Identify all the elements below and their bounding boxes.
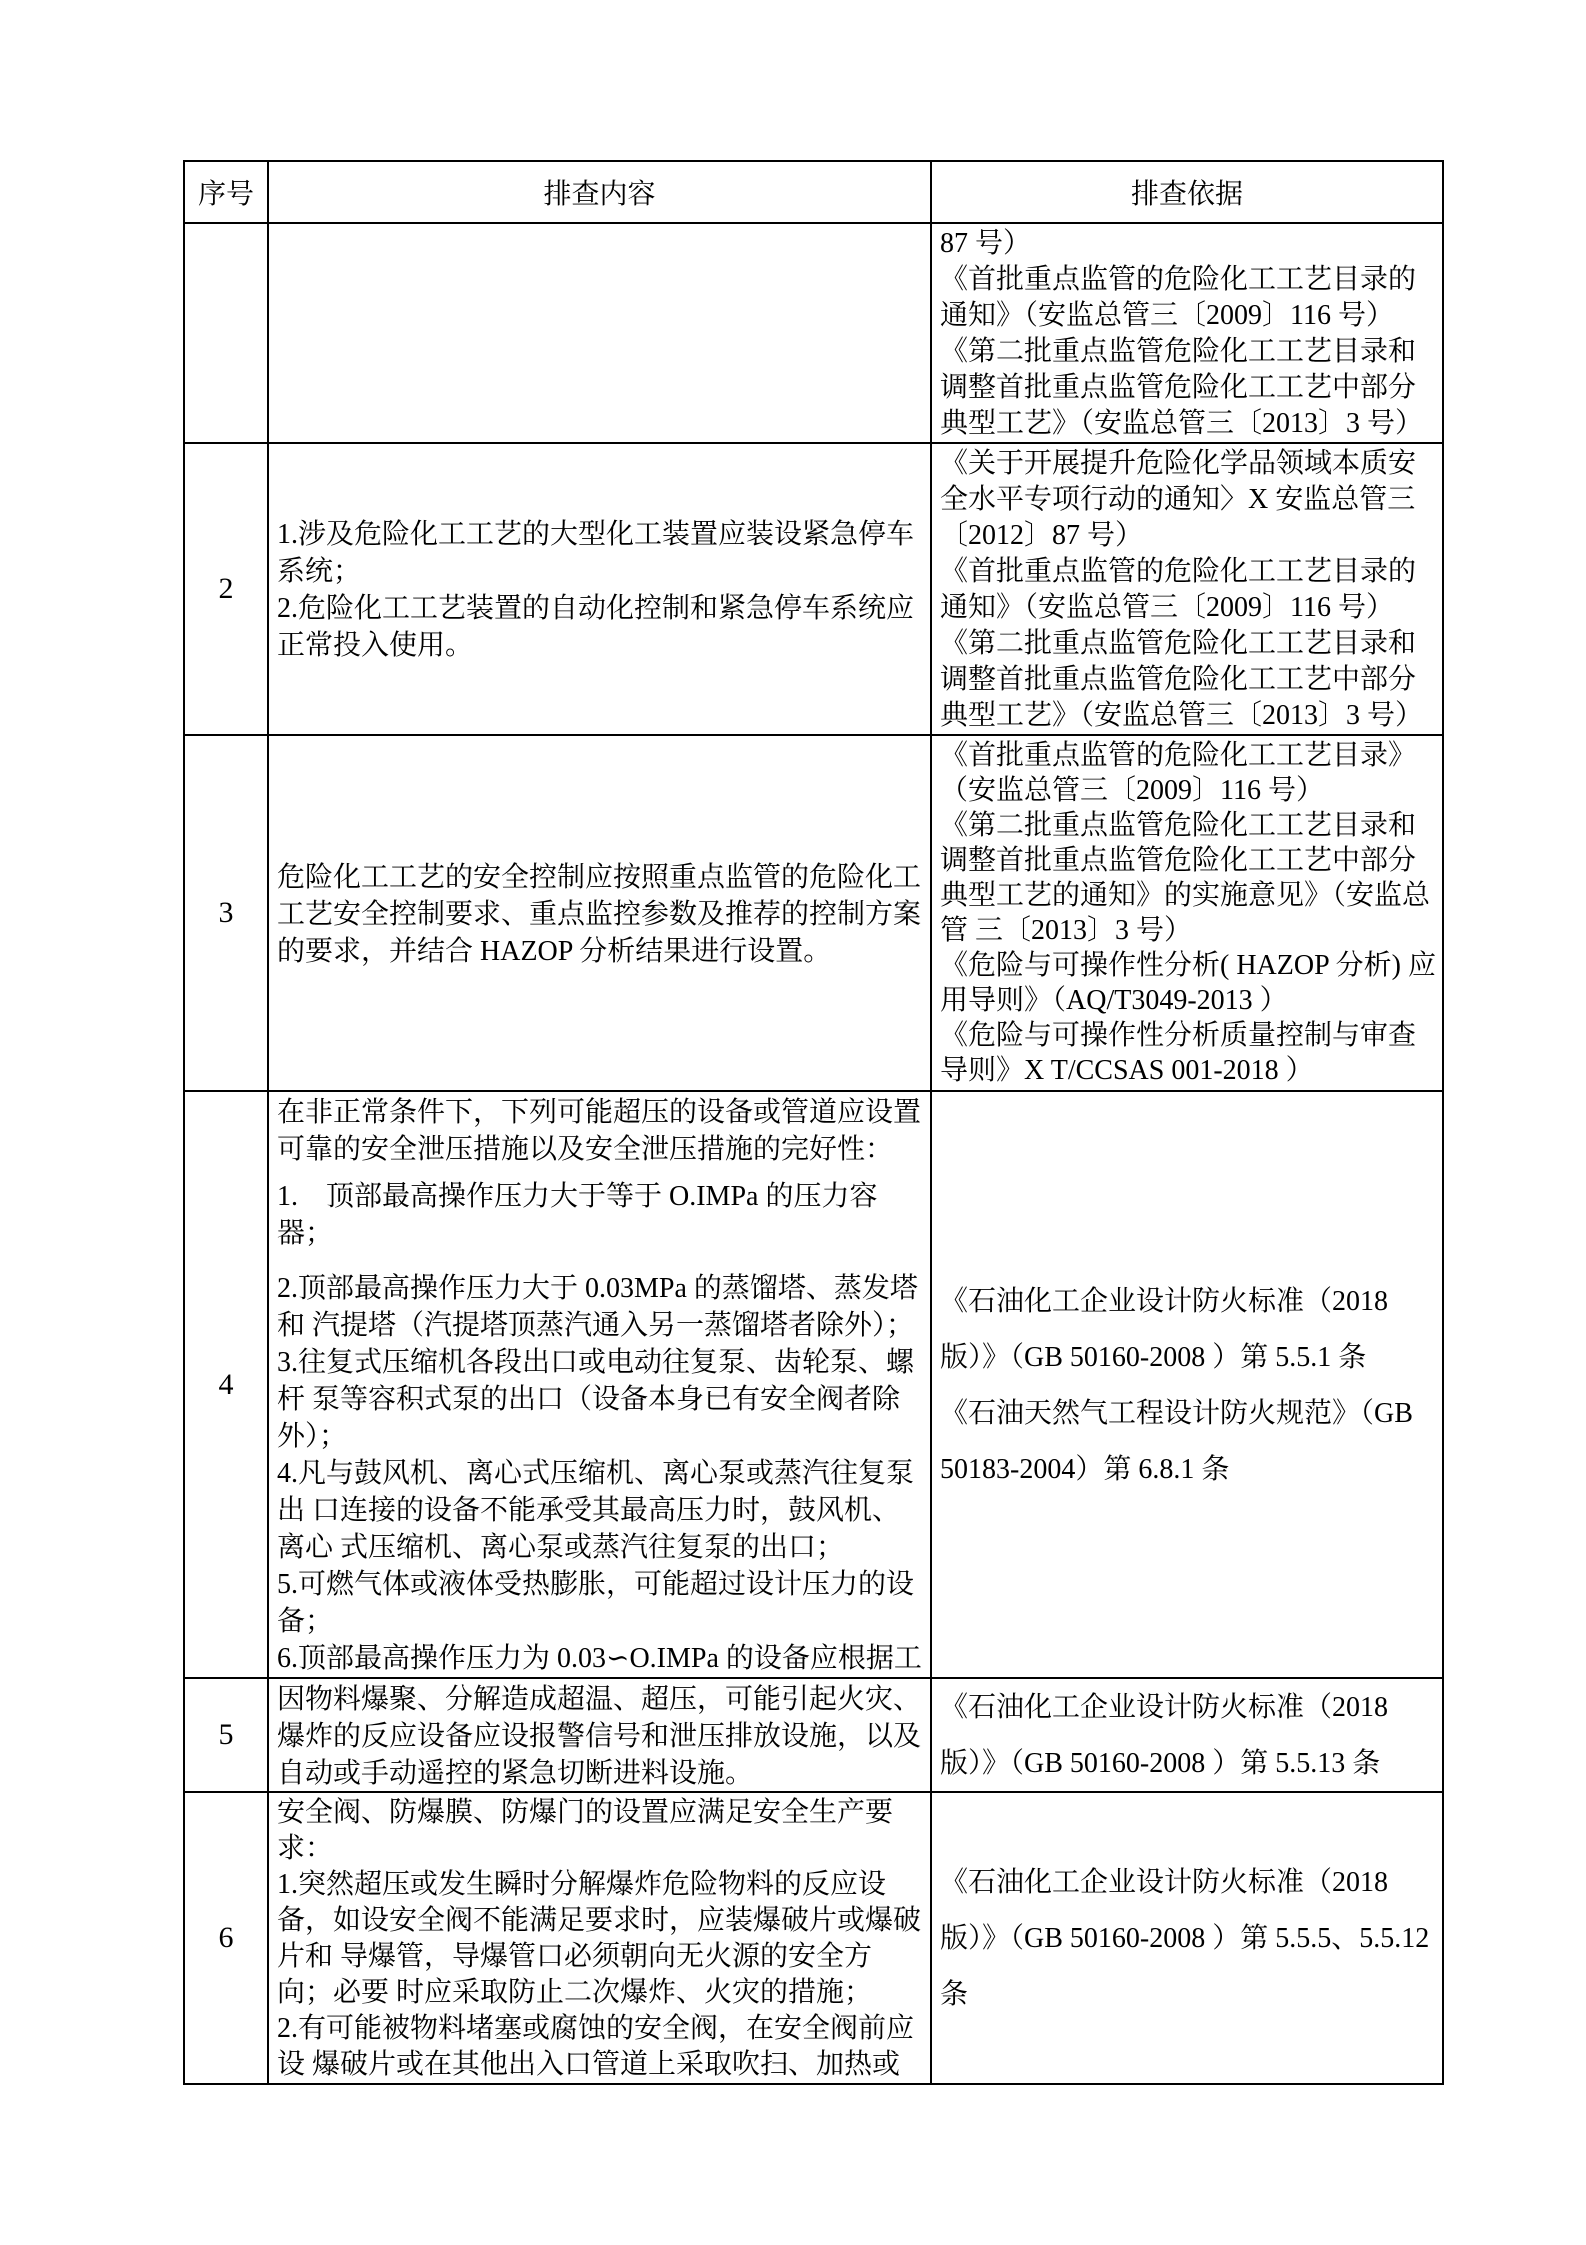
content-cell-text: 1.涉及危险化工工艺的大型化工装置应装设紧急停车 系统；2.危险化工工艺装置的自… bbox=[269, 444, 930, 734]
basis-cell-text: 《首批重点监管的危险化工工艺目录》（安监总管三〔2009〕116 号）《第二批重… bbox=[932, 736, 1442, 1090]
basis-paragraph: 《关于开展提升危险化学品领域本质安全水平专项行动的通知〉X 安监总管三〔2012… bbox=[940, 446, 1436, 554]
table-row: 5因物料爆聚、分解造成超温、超压，可能引起火灾、 爆炸的反应设备应设报警信号和泄… bbox=[184, 1678, 1443, 1792]
col-header-basis: 排查依据 bbox=[931, 161, 1443, 223]
basis-cell: 《石油化工企业设计防火标准（2018 版）》（GB 50160-2008 ）第 … bbox=[931, 1678, 1443, 1792]
basis-cell: 《首批重点监管的危险化工工艺目录》（安监总管三〔2009〕116 号）《第二批重… bbox=[931, 735, 1443, 1091]
content-paragraph: 危险化工工艺的安全控制应按照重点监管的危险化工 工艺安全控制要求、重点监控参数及… bbox=[277, 859, 924, 970]
basis-paragraph: 《首批重点监管的危险化工工艺目录的通知》（安监总管三〔2009〕116 号） bbox=[940, 262, 1436, 334]
row-number: 3 bbox=[185, 736, 267, 1090]
row-number-cell: 2 bbox=[184, 443, 268, 735]
col-header-index: 序号 bbox=[184, 161, 268, 223]
content-cell-text bbox=[269, 224, 930, 442]
content-paragraph: 3.往复式压缩机各段出口或电动往复泵、齿轮泵、螺杆 泵等容积式泵的出口（设备本身… bbox=[277, 1344, 924, 1455]
basis-paragraph: 《石油化工企业设计防火标准（2018 版）》（GB 50160-2008 ）第 … bbox=[940, 1274, 1436, 1386]
basis-cell-text: 87 号）《首批重点监管的危险化工工艺目录的通知》（安监总管三〔2009〕116… bbox=[932, 224, 1442, 442]
basis-cell-text: 《石油化工企业设计防火标准（2018 版）》（GB 50160-2008 ）第 … bbox=[932, 1793, 1442, 2083]
basis-paragraph: 《危险与可操作性分析质量控制与审查导则》X T/CCSAS 001-2018 ） bbox=[940, 1018, 1436, 1088]
document-page: 序号 排查内容 排查依据 87 号）《首批重点监管的危险化工工艺目录的通知》（安… bbox=[0, 0, 1586, 2245]
content-cell: 1.涉及危险化工工艺的大型化工装置应装设紧急停车 系统；2.危险化工工艺装置的自… bbox=[268, 443, 931, 735]
basis-paragraph: 《第二批重点监管危险化工工艺目录和调整首批重点监管危险化工工艺中部分典型工艺的通… bbox=[940, 808, 1436, 948]
basis-paragraph: 《第二批重点监管危险化工工艺目录和调整首批重点监管危险化工工艺中部分典型工艺》（… bbox=[940, 626, 1436, 734]
row-number: 4 bbox=[185, 1092, 267, 1677]
row-number-cell: 5 bbox=[184, 1678, 268, 1792]
content-paragraph: 1.突然超压或发生瞬时分解爆炸危险物料的反应设备，如设安全阀不能满足要求时，应装… bbox=[277, 1867, 924, 2011]
table-body: 87 号）《首批重点监管的危险化工工艺目录的通知》（安监总管三〔2009〕116… bbox=[184, 223, 1443, 2084]
content-cell: 安全阀、防爆膜、防爆门的设置应满足安全生产要求：1.突然超压或发生瞬时分解爆炸危… bbox=[268, 1792, 931, 2084]
row-number: 2 bbox=[185, 444, 267, 734]
basis-paragraph: 《第二批重点监管危险化工工艺目录和调整首批重点监管危险化工工艺中部分典型工艺》（… bbox=[940, 334, 1436, 442]
content-paragraph: 在非正常条件下，下列可能超压的设备或管道应设置 可靠的安全泄压措施以及安全泄压措… bbox=[277, 1094, 924, 1168]
basis-cell-text: 《石油化工企业设计防火标准（2018 版）》（GB 50160-2008 ）第 … bbox=[932, 1679, 1442, 1791]
content-paragraph: 1. 顶部最高操作压力大于等于 O.IMPa 的压力容器； bbox=[277, 1178, 924, 1252]
content-cell: 危险化工工艺的安全控制应按照重点监管的危险化工 工艺安全控制要求、重点监控参数及… bbox=[268, 735, 931, 1091]
content-paragraph: 因物料爆聚、分解造成超温、超压，可能引起火灾、 爆炸的反应设备应设报警信号和泄压… bbox=[277, 1681, 924, 1791]
basis-cell: 《石油化工企业设计防火标准（2018 版）》（GB 50160-2008 ）第 … bbox=[931, 1091, 1443, 1678]
content-cell-text: 安全阀、防爆膜、防爆门的设置应满足安全生产要求：1.突然超压或发生瞬时分解爆炸危… bbox=[269, 1793, 930, 2083]
table-row: 21.涉及危险化工工艺的大型化工装置应装设紧急停车 系统；2.危险化工工艺装置的… bbox=[184, 443, 1443, 735]
table-row: 6安全阀、防爆膜、防爆门的设置应满足安全生产要求：1.突然超压或发生瞬时分解爆炸… bbox=[184, 1792, 1443, 2084]
content-paragraph: 6.顶部最高操作压力为 0.03∽O.IMPa 的设备应根据工 艺要求设置； bbox=[277, 1640, 924, 1677]
content-paragraph: 2.有可能被物料堵塞或腐蚀的安全阀，在安全阀前应设 爆破片或在其他出入口管道上采… bbox=[277, 2011, 924, 2083]
basis-cell-text: 《石油化工企业设计防火标准（2018 版）》（GB 50160-2008 ）第 … bbox=[932, 1092, 1442, 1677]
basis-paragraph: 《首批重点监管的危险化工工艺目录的通知》（安监总管三〔2009〕116 号） bbox=[940, 554, 1436, 626]
row-number-cell bbox=[184, 223, 268, 443]
basis-paragraph: 《石油化工企业设计防火标准（2018 版）》（GB 50160-2008 ）第 … bbox=[940, 1855, 1436, 2023]
basis-cell: 《石油化工企业设计防火标准（2018 版）》（GB 50160-2008 ）第 … bbox=[931, 1792, 1443, 2084]
row-number: 6 bbox=[185, 1793, 267, 2083]
content-paragraph: 1.涉及危险化工工艺的大型化工装置应装设紧急停车 系统； bbox=[277, 516, 924, 590]
col-header-content-label: 排查内容 bbox=[269, 162, 930, 222]
table-row: 4在非正常条件下，下列可能超压的设备或管道应设置 可靠的安全泄压措施以及安全泄压… bbox=[184, 1091, 1443, 1678]
content-paragraph: 5.可燃气体或液体受热膨胀，可能超过设计压力的设 备； bbox=[277, 1566, 924, 1640]
table-header-row: 序号 排查内容 排查依据 bbox=[184, 161, 1443, 223]
content-cell-text: 危险化工工艺的安全控制应按照重点监管的危险化工 工艺安全控制要求、重点监控参数及… bbox=[269, 736, 930, 1090]
content-cell bbox=[268, 223, 931, 443]
basis-paragraph: 87 号） bbox=[940, 226, 1436, 262]
row-number: 5 bbox=[185, 1679, 267, 1791]
row-number-cell: 6 bbox=[184, 1792, 268, 2084]
basis-cell: 87 号）《首批重点监管的危险化工工艺目录的通知》（安监总管三〔2009〕116… bbox=[931, 223, 1443, 443]
col-header-content: 排查内容 bbox=[268, 161, 931, 223]
content-cell-text: 在非正常条件下，下列可能超压的设备或管道应设置 可靠的安全泄压措施以及安全泄压措… bbox=[269, 1092, 930, 1677]
inspection-table: 序号 排查内容 排查依据 87 号）《首批重点监管的危险化工工艺目录的通知》（安… bbox=[183, 160, 1444, 2085]
content-cell-text: 因物料爆聚、分解造成超温、超压，可能引起火灾、 爆炸的反应设备应设报警信号和泄压… bbox=[269, 1679, 930, 1791]
table-row: 3危险化工工艺的安全控制应按照重点监管的危险化工 工艺安全控制要求、重点监控参数… bbox=[184, 735, 1443, 1091]
content-cell: 在非正常条件下，下列可能超压的设备或管道应设置 可靠的安全泄压措施以及安全泄压措… bbox=[268, 1091, 931, 1678]
col-header-index-label: 序号 bbox=[185, 162, 267, 222]
table-row: 87 号）《首批重点监管的危险化工工艺目录的通知》（安监总管三〔2009〕116… bbox=[184, 223, 1443, 443]
basis-paragraph: 《石油天然气工程设计防火规范》（GB 50183-2004）第 6.8.1 条 bbox=[940, 1386, 1436, 1498]
content-paragraph: 安全阀、防爆膜、防爆门的设置应满足安全生产要求： bbox=[277, 1795, 924, 1867]
row-number bbox=[185, 224, 267, 442]
content-paragraph: 4.凡与鼓风机、离心式压缩机、离心泵或蒸汽往复泵出 口连接的设备不能承受其最高压… bbox=[277, 1455, 924, 1566]
row-number-cell: 4 bbox=[184, 1091, 268, 1678]
basis-paragraph: 《危险与可操作性分析( HAZOP 分析) 应 用导则》（AQ/T3049-20… bbox=[940, 948, 1436, 1018]
col-header-basis-label: 排查依据 bbox=[932, 162, 1442, 222]
content-paragraph: 2.危险化工工艺装置的自动化控制和紧急停车系统应 正常投入使用。 bbox=[277, 590, 924, 664]
row-number-cell: 3 bbox=[184, 735, 268, 1091]
basis-cell-text: 《关于开展提升危险化学品领域本质安全水平专项行动的通知〉X 安监总管三〔2012… bbox=[932, 444, 1442, 734]
content-cell: 因物料爆聚、分解造成超温、超压，可能引起火灾、 爆炸的反应设备应设报警信号和泄压… bbox=[268, 1678, 931, 1792]
basis-paragraph: 《石油化工企业设计防火标准（2018 版）》（GB 50160-2008 ）第 … bbox=[940, 1680, 1436, 1791]
basis-cell: 《关于开展提升危险化学品领域本质安全水平专项行动的通知〉X 安监总管三〔2012… bbox=[931, 443, 1443, 735]
basis-paragraph: 《首批重点监管的危险化工工艺目录》（安监总管三〔2009〕116 号） bbox=[940, 738, 1436, 808]
content-paragraph: 2.顶部最高操作压力大于 0.03MPa 的蒸馏塔、蒸发塔和 汽提塔（汽提塔顶蒸… bbox=[277, 1270, 924, 1344]
